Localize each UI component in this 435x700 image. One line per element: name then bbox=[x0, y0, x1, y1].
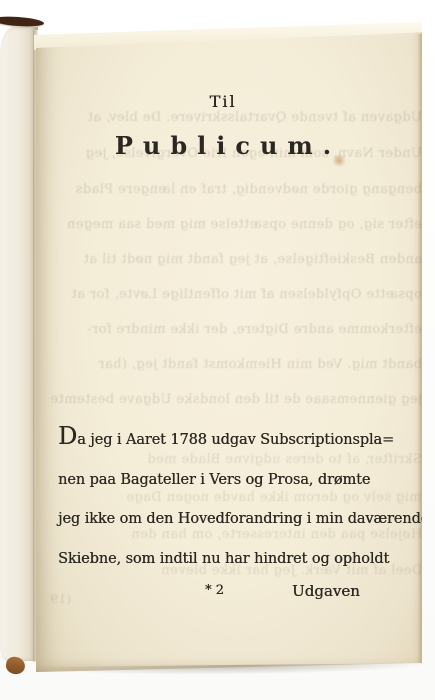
paragraph-line: Da jeg i Aaret 1788 udgav Subscriptionsp… bbox=[58, 417, 388, 461]
section-kicker: Til bbox=[58, 92, 388, 111]
paragraph: Da jeg i Aaret 1788 udgav Subscriptionsp… bbox=[58, 417, 388, 579]
book-photograph: Udgaven af tvende Qvartalsskrivere. De b… bbox=[0, 0, 435, 700]
bleedthrough-line: bengang giorde nødvendig, traf en længer… bbox=[36, 182, 422, 197]
bleedthrough-line: efterkomme andre Digtere, der ikke mindr… bbox=[36, 322, 422, 337]
page-title: Publicum. bbox=[58, 131, 388, 160]
paragraph-line: jeg ikke om den Hovedforandring i min da… bbox=[58, 500, 388, 540]
bleedthrough-line: jeg giennemsaae de til den londske Udgav… bbox=[36, 392, 422, 407]
paragraph-line: Skiebne, som indtil nu har hindret og op… bbox=[58, 540, 388, 580]
bleedthrough-line: opsætte Opfyldelsen af mit offentlige Lø… bbox=[36, 287, 422, 302]
leather-spine-top bbox=[0, 15, 44, 28]
bleedthrough-line: efter sig, og denne opsættelse mig med s… bbox=[36, 217, 422, 232]
paragraph-line: nen paa Bagateller i Vers og Prosa, drøm… bbox=[58, 461, 388, 501]
book-page: Udgaven af tvende Qvartalsskrivere. De b… bbox=[36, 26, 422, 672]
catchword: Udgaven bbox=[292, 582, 360, 600]
bleedthrough-line: Udgaven af tvende Qvartalsskrivere. De b… bbox=[36, 110, 422, 125]
bleedthrough-page-number: (19 bbox=[50, 592, 71, 606]
signature-mark: * 2 bbox=[205, 583, 224, 598]
bleedthrough-line: bandt mig. Ved min Hiemkomst fandt jeg, … bbox=[36, 357, 422, 372]
bleedthrough-line: anden Beskieftigelse, at jeg fandt mig n… bbox=[36, 252, 422, 267]
